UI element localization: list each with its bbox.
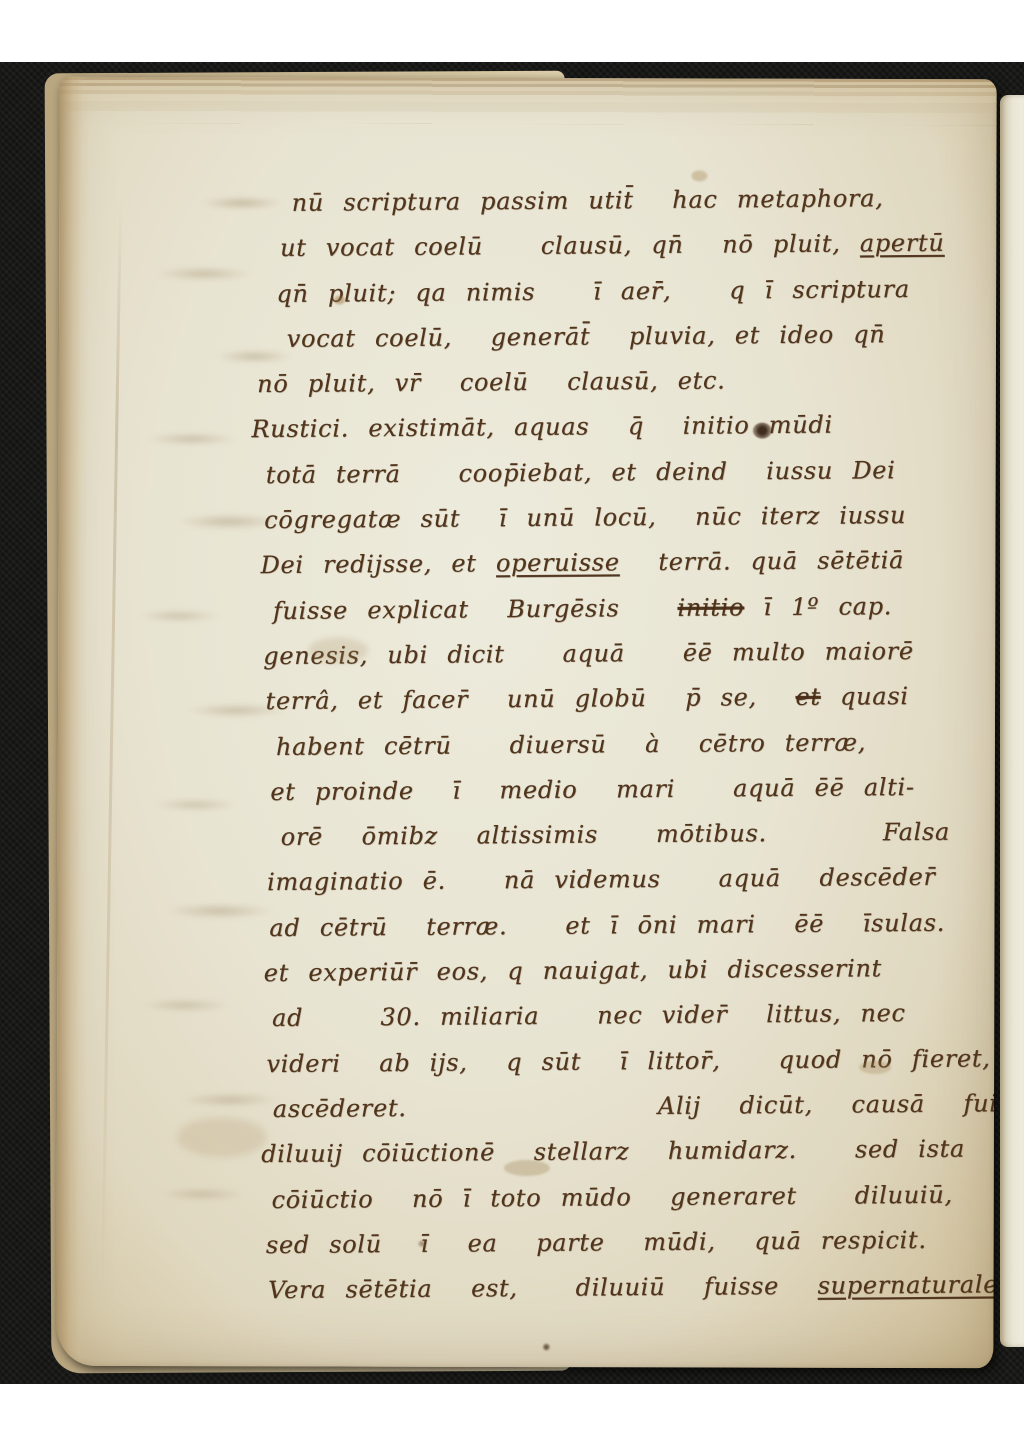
manuscript-line: ut vocat coelū clausū, qn̄ nō pluit, ape… (280, 221, 992, 272)
paper-stain (859, 1061, 891, 1074)
manuscript-line: fuisse explicat Burgēsis initio ī 1º cap… (273, 583, 995, 634)
ink-blot (753, 423, 772, 439)
manuscript-line: vocat coelū, generāt̄ pluvia, et ideo qn… (287, 311, 993, 362)
paper-stain (419, 1241, 426, 1247)
manuscript-line: et experiūr̄ eos, q nauigat, ubi discess… (264, 945, 997, 996)
manuscript-line: ascēderet. Alij dicūt, causā fuisse (273, 1081, 997, 1132)
text-block: nū scriptura passim utit̄ hac metaphora,… (250, 175, 997, 1313)
paper-stain (308, 637, 368, 663)
page-top-edge (60, 77, 997, 125)
manuscript-line: Dei redijsse, et operuisse terrā. quā sē… (260, 538, 994, 589)
manuscript-line: diluuij cōiūctionē stellarz humidarz. se… (261, 1127, 997, 1178)
manuscript-line: genesis, ubi dicit aquā ēē multo maiorē (263, 628, 995, 679)
manuscript-line: ad 30. miliaria nec vider̄ littus, nec (272, 991, 997, 1042)
manuscript-line: nō pluit, vr̄ coelū clausū, etc. (257, 357, 993, 408)
paper-stain (177, 1117, 267, 1157)
manuscript-line: habent cētrū diuersū à cētro terræ, (276, 719, 996, 770)
manuscript-line: orē ōmibz altissimis mōtibus. Falsa (280, 809, 996, 860)
manuscript-line: Vera sētētia est, diluuiū fuisse superna… (268, 1262, 997, 1313)
paper-stain (504, 1160, 550, 1176)
adjacent-page-edge (1000, 95, 1024, 1347)
manuscript-line: et proinde ī medio mari aquā ēē alti- (270, 764, 996, 815)
manuscript-line: terrâ, et facer̄ unū globū p̄ se, et qua… (265, 674, 995, 725)
manuscript-line: sed solū ī ea parte mūdi, quā respicit. (266, 1217, 997, 1268)
scan-margin-bottom (0, 1384, 1024, 1448)
manuscript-line: videri ab ijs, q sūt ī littor̄, quod nō … (266, 1036, 996, 1087)
manuscript-page: nū scriptura passim utit̄ hac metaphora,… (56, 77, 996, 1368)
paper-stain (691, 170, 707, 181)
manuscript-line: ad cētrū terræ. et ī ōni mari ēē īsulas. (269, 900, 996, 951)
scan-margin-top (0, 0, 1024, 62)
manuscript-line: Rustici. existimāt, aquas q̄ initio mūdi (251, 402, 993, 453)
manuscript-line: cōgregatæ sūt ī unū locū, nūc iterz iuss… (264, 492, 994, 543)
manuscript-line: cōiūctio nō ī toto mūdo generaret diluui… (271, 1172, 996, 1223)
manuscript-line: nū scriptura passim utit̄ hac metaphora, (292, 175, 992, 226)
manuscript-line: totā terrā coop̄iebat, et deind iussu De… (266, 447, 994, 498)
photo-background: nū scriptura passim utit̄ hac metaphora,… (0, 62, 1024, 1384)
manuscript-line: qn̄ pluit; qa nimis ī aer̄, q ī scriptur… (276, 266, 992, 317)
paper-stain (334, 295, 345, 304)
manuscript-line: imaginatio ē. nā videmus aquā descēder̄ (267, 855, 997, 906)
paper-stain (543, 1344, 549, 1350)
